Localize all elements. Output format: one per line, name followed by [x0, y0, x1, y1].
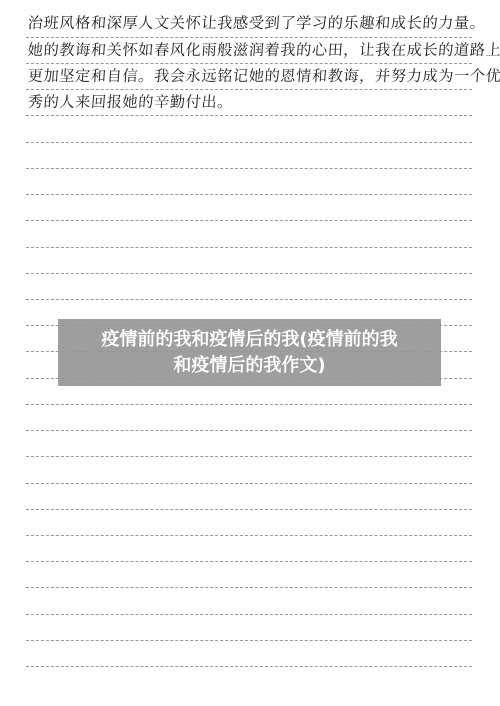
ruled-line [26, 535, 472, 536]
handwritten-row-4: 秀的人来回报她的辛勤付出。 [27, 91, 234, 113]
ruled-line [26, 142, 472, 143]
ruled-line [26, 63, 472, 64]
ruled-line [26, 640, 472, 641]
handwritten-row-1: 治班风格和深厚人文关怀让我感受到了学习的乐趣和成长的力量。 [27, 12, 486, 34]
ruled-line [26, 194, 472, 195]
ruled-line [26, 483, 472, 484]
ruled-line [26, 273, 472, 274]
ruled-line [26, 168, 472, 169]
ruled-line [26, 404, 472, 405]
handwritten-row-2: 她的教诲和关怀如春风化雨般滋润着我的心田，让我在成长的道路上 [27, 39, 500, 61]
ruled-line [26, 430, 472, 431]
ruled-line [26, 89, 472, 90]
ruled-line [26, 456, 472, 457]
ruled-line [26, 614, 472, 615]
essay-paper: 治班风格和深厚人文关怀让我感受到了学习的乐趣和成长的力量。 她的教诲和关怀如春风… [0, 0, 500, 706]
handwritten-row-3: 更加坚定和自信。我会永远铭记她的恩情和教诲，并努力成为一个优 [27, 65, 500, 87]
title-overlay-banner: 疫情前的我和疫情后的我(疫情前的我 和疫情后的我作文) [58, 319, 441, 386]
ruled-line [26, 220, 472, 221]
ruled-line [26, 299, 472, 300]
ruled-line [26, 587, 472, 588]
ruled-line [26, 115, 472, 116]
ruled-line [26, 666, 472, 667]
overlay-title-line-1: 疫情前的我和疫情后的我(疫情前的我 [101, 327, 397, 353]
ruled-line [26, 561, 472, 562]
ruled-line [26, 37, 472, 38]
ruled-line [26, 509, 472, 510]
overlay-title-line-2: 和疫情后的我作文) [173, 353, 325, 379]
ruled-line [26, 247, 472, 248]
